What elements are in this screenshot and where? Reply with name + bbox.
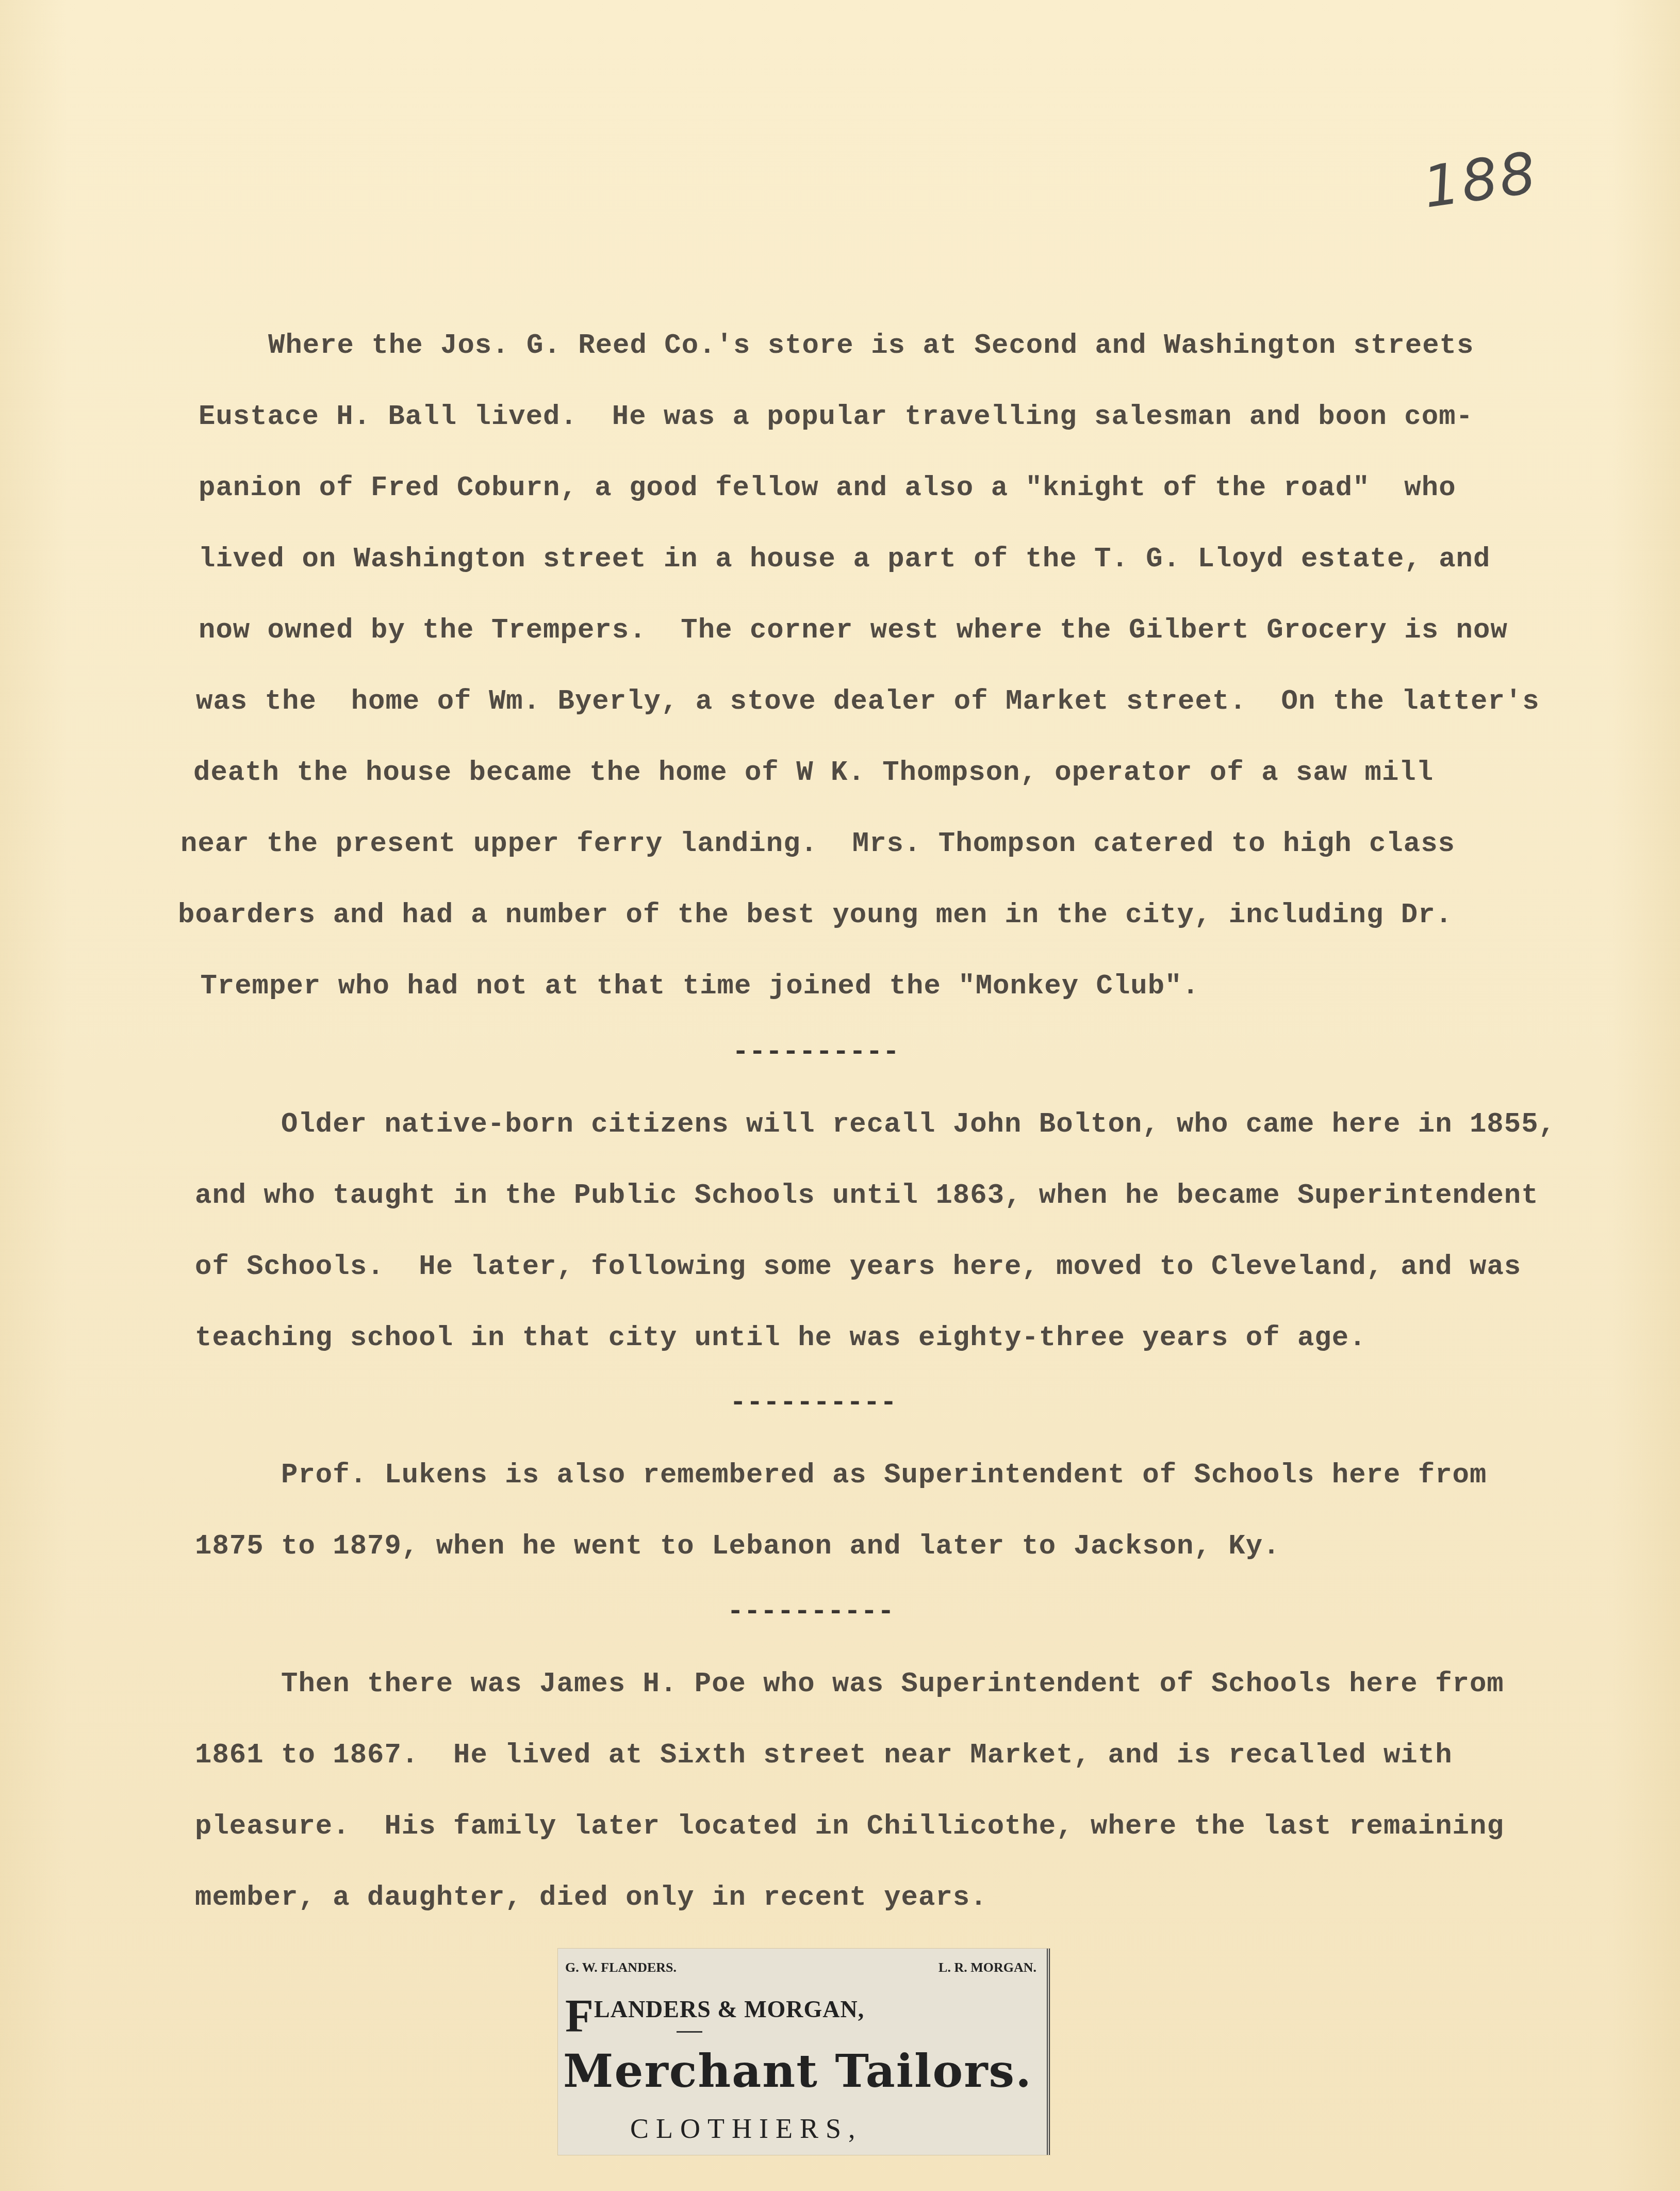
newspaper-clipping-ad: G. W. FLANDERS. L. R. MORGAN. FLANDERS &… bbox=[558, 1949, 1050, 2155]
text-line: Eustace H. Ball lived. He was a popular … bbox=[199, 401, 1473, 433]
section-divider: ---------- bbox=[730, 1387, 897, 1419]
text-line: was the home of Wm. Byerly, a stove deal… bbox=[196, 686, 1540, 717]
text-line: Where the Jos. G. Reed Co.'s store is at… bbox=[268, 330, 1474, 362]
text-line: of Schools. He later, following some yea… bbox=[195, 1251, 1521, 1283]
text-line: pleasure. His family later located in Ch… bbox=[195, 1811, 1504, 1842]
text-line: lived on Washington street in a house a … bbox=[199, 544, 1490, 575]
text-line: 1875 to 1879, when he went to Lebanon an… bbox=[195, 1531, 1280, 1562]
text-line: panion of Fred Coburn, a good fellow and… bbox=[199, 472, 1456, 504]
ad-firm-rest: LANDERS & MORGAN, bbox=[594, 1996, 864, 2022]
section-divider: ---------- bbox=[732, 1037, 899, 1068]
page-number: 188 bbox=[1419, 139, 1542, 221]
text-line: boarders and had a number of the best yo… bbox=[178, 900, 1453, 931]
ad-rule bbox=[677, 2031, 702, 2033]
ad-subline: CLOTHIERS, bbox=[630, 2113, 863, 2145]
ad-partner-right: L. R. MORGAN. bbox=[938, 1960, 1036, 1975]
text-line: near the present upper ferry landing. Mr… bbox=[180, 828, 1455, 860]
text-line: death the house became the home of W K. … bbox=[193, 757, 1434, 789]
ad-partners: G. W. FLANDERS. L. R. MORGAN. bbox=[565, 1960, 1036, 1975]
text-line: Then there was James H. Poe who was Supe… bbox=[281, 1669, 1504, 1700]
text-line: Older native-born citizens will recall J… bbox=[281, 1109, 1556, 1140]
ad-tagline: Merchant Tailors. bbox=[563, 2044, 1032, 2098]
text-line: 1861 to 1867. He lived at Sixth street n… bbox=[195, 1740, 1453, 1771]
text-line: Tremper who had not at that time joined … bbox=[183, 971, 1199, 1002]
ad-partner-left: G. W. FLANDERS. bbox=[565, 1960, 677, 1975]
ad-firm-initial: F bbox=[565, 1991, 594, 2042]
text-line: Prof. Lukens is also remembered as Super… bbox=[281, 1460, 1487, 1491]
text-line: and who taught in the Public Schools unt… bbox=[195, 1180, 1539, 1212]
ad-firm-name: FLANDERS & MORGAN, bbox=[565, 1990, 864, 2043]
text-line: member, a daughter, died only in recent … bbox=[195, 1882, 987, 1914]
text-line: teaching school in that city until he wa… bbox=[195, 1322, 1366, 1354]
text-line: now owned by the Trempers. The corner we… bbox=[199, 615, 1508, 646]
section-divider: ---------- bbox=[727, 1596, 894, 1628]
